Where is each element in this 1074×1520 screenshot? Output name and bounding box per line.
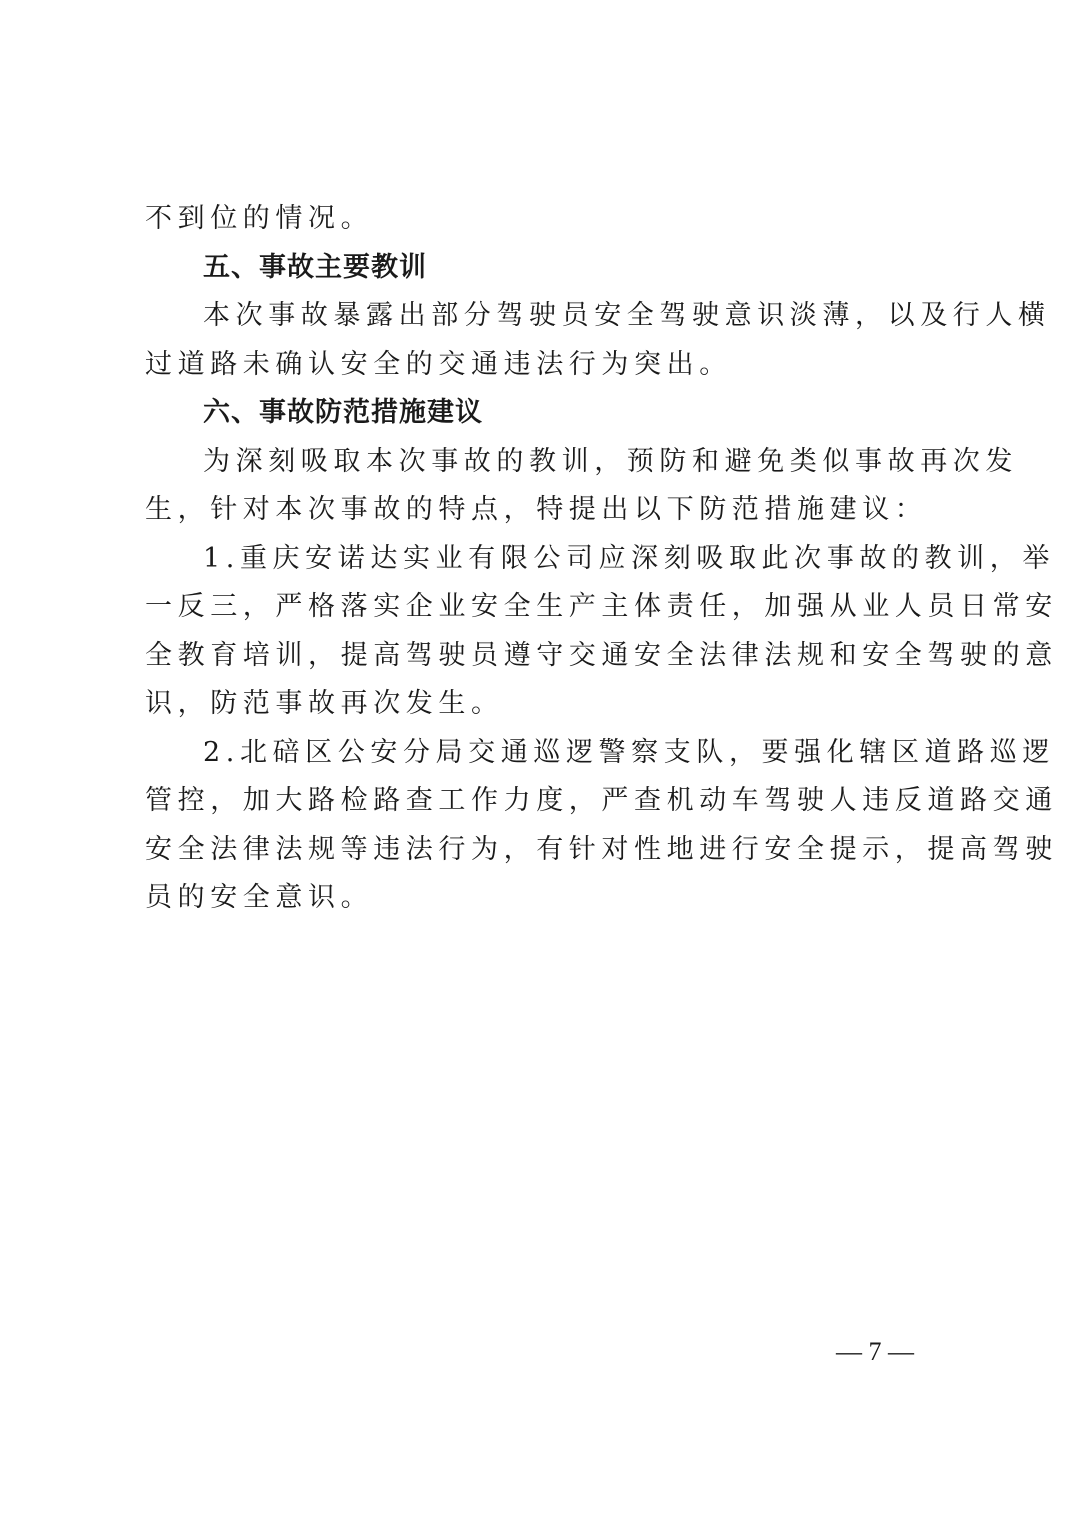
recommendation-2-line-2: 管控，加大路检路查工作力度，严查机动车驾驶人违反道路交通 bbox=[145, 777, 945, 826]
recommendation-2-line-1: 2.北碚区公安分局交通巡逻警察支队，要强化辖区道路巡逻 bbox=[145, 729, 945, 778]
recommendation-1-line-2: 一反三，严格落实企业安全生产主体责任，加强从业人员日常安 bbox=[145, 583, 945, 632]
recommendation-2-line-4: 员的安全意识。 bbox=[145, 874, 945, 923]
document-page: 不到位的情况。 五、事故主要教训 本次事故暴露出部分驾驶员安全驾驶意识淡薄，以及… bbox=[145, 195, 945, 923]
paragraph-lessons-line-2: 过道路未确认安全的交通违法行为突出。 bbox=[145, 341, 945, 390]
section-heading-lessons: 五、事故主要教训 bbox=[145, 244, 945, 293]
paragraph-prevention-intro-line-1: 为深刻吸取本次事故的教训，预防和避免类似事故再次发 bbox=[145, 438, 945, 487]
paragraph-prevention-intro-line-2: 生，针对本次事故的特点，特提出以下防范措施建议： bbox=[145, 486, 945, 535]
recommendation-2-line-3: 安全法律法规等违法行为，有针对性地进行安全提示，提高驾驶 bbox=[145, 826, 945, 875]
recommendation-1-line-3: 全教育培训，提高驾驶员遵守交通安全法律法规和安全驾驶的意 bbox=[145, 632, 945, 681]
paragraph-lessons-line-1: 本次事故暴露出部分驾驶员安全驾驶意识淡薄，以及行人横 bbox=[145, 292, 945, 341]
paragraph-continuation: 不到位的情况。 bbox=[145, 195, 945, 244]
recommendation-1-line-4: 识，防范事故再次发生。 bbox=[145, 680, 945, 729]
recommendation-1-line-1: 1.重庆安诺达实业有限公司应深刻吸取此次事故的教训，举 bbox=[145, 535, 945, 584]
section-heading-prevention: 六、事故防范措施建议 bbox=[145, 389, 945, 438]
page-number: — 7 — bbox=[836, 1337, 914, 1367]
